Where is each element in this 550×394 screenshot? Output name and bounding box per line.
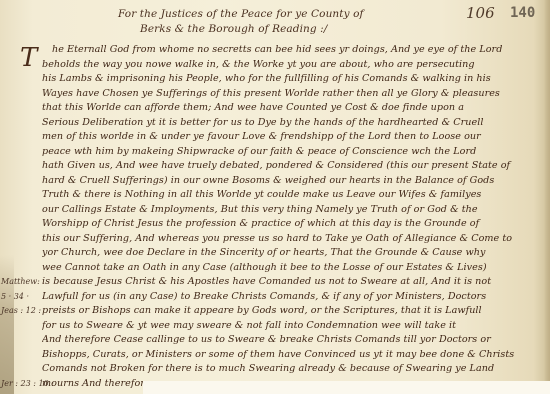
- manuscript-line: Truth & there is Nothing in all this Wor…: [42, 189, 538, 200]
- blank-overlay: [143, 381, 550, 394]
- heading-line-2: Berks & the Borough of Reading :/: [140, 23, 327, 35]
- margin-note: 5 · 34 ·: [1, 292, 29, 301]
- manuscript-line: And therefore Cease callinge to us to Sw…: [42, 334, 538, 345]
- manuscript-line: hath Given us, And wee have truely debat…: [42, 160, 538, 171]
- manuscript-line: this our Suffering, And whereas you pres…: [42, 233, 538, 244]
- manuscript-line: hard & Cruell Sufferings) in our owne Bo…: [42, 175, 538, 186]
- heading-line-1: For the Justices of the Peace for ye Cou…: [118, 8, 363, 20]
- manuscript-line: is because Jesus Christ & his Apostles h…: [42, 276, 538, 287]
- manuscript-line: Wayes have Chosen ye Sufferings of this …: [42, 88, 538, 99]
- margin-note: Jeas : 12 :: [1, 306, 41, 315]
- manuscript-line: Worshipp of Christ Jesus the profession …: [42, 218, 538, 229]
- decorated-initial: T: [20, 43, 37, 73]
- manuscript-line: men of this worlde in & under ye favour …: [42, 131, 538, 142]
- manuscript-line: yor Church, wee doe Declare in the Since…: [42, 247, 538, 258]
- manuscript-line: Serious Deliberation yt it is better for…: [42, 117, 538, 128]
- manuscript-line: wee Cannot take an Oath in any Case (alt…: [42, 262, 538, 273]
- manuscript-line: he Eternall God from whome no secretts c…: [52, 44, 538, 55]
- manuscript-line: preists or Bishops can make it appeare b…: [42, 305, 538, 316]
- margin-note: Jer : 23 : 10 :: [1, 379, 54, 388]
- manuscript-line: Bishopps, Curats, or Ministers or some o…: [42, 349, 538, 360]
- manuscript-page: For the Justices of the Peace for ye Cou…: [0, 0, 550, 394]
- page-stain: [0, 255, 14, 394]
- manuscript-line: that this Worlde can afforde them; And w…: [42, 102, 538, 113]
- manuscript-line: beholds the way you nowe walke in, & the…: [42, 59, 538, 70]
- manuscript-line: Lawfull for us (in any Case) to Breake C…: [42, 291, 538, 302]
- manuscript-line: peace wth him by makeing Shipwracke of o…: [42, 146, 538, 157]
- manuscript-line: Comands not Broken for there is to much …: [42, 363, 538, 374]
- folio-number-handwritten: 106: [466, 4, 495, 22]
- manuscript-line: his Lambs & imprisoning his People, who …: [42, 73, 538, 84]
- page-edge-shadow: [544, 0, 550, 394]
- margin-note: Matthew:: [1, 277, 40, 286]
- manuscript-line: for us to Sweare & yt wee may sweare & n…: [42, 320, 538, 331]
- manuscript-line: our Callings Estate & Imployments, But t…: [42, 204, 538, 215]
- folio-number-stamped: 140: [510, 5, 535, 21]
